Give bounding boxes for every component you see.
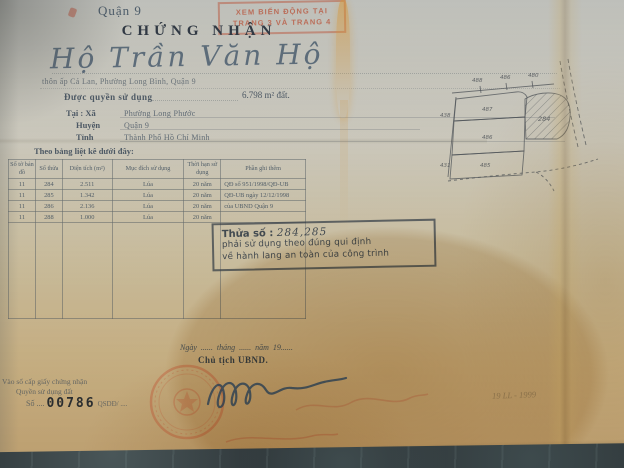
sketch-road-dashed: [568, 59, 586, 145]
table-cell: [62, 223, 112, 319]
fold-mark-top-faint: [340, 100, 348, 235]
table-row: 11 285 1.342 Lúa 20 năm QĐ-UB ngày 12/12…: [9, 190, 306, 201]
table-header-row: Số tờ bản đồ Số thửa Diện tích (m²) Mục …: [9, 160, 306, 179]
sketch-edge-label: 431: [440, 163, 451, 169]
document-page: Quận 9 XEM BIẾN ĐỘNG TẠI TRANG 3 VÀ TRAN…: [0, 0, 624, 468]
table-row: 11 288 1.000 Lúa 20 năm: [9, 212, 306, 223]
table-cell: QĐ-UB ngày 12/12/1998: [221, 190, 306, 201]
registry-number-line: Số .... 00786 QSDĐ/ ....: [26, 396, 127, 411]
sketch-edge-label: 486: [500, 75, 511, 81]
registry-number-suffix: QSDĐ/ ....: [98, 400, 128, 408]
table-cell: 2.136: [62, 201, 112, 212]
table-cell: Lúa: [112, 190, 184, 201]
province-label: Tỉnh: [76, 132, 94, 142]
table-cell: 1.342: [62, 190, 112, 201]
table-cell: 20 năm: [184, 201, 221, 212]
registry-line2: Quyền sử dụng đất: [16, 387, 73, 396]
sketch-parcel-label: 487: [482, 107, 493, 113]
registry-number-label: Số ....: [26, 399, 44, 408]
restriction-stamp-box: Thửa số : 284,285 phải sử dụng theo đúng…: [212, 219, 437, 271]
sketch-parcel-label: 486: [482, 135, 493, 141]
table-row: 11 284 2.511 Lúa 20 năm QĐ số 951/1998/Q…: [9, 179, 306, 190]
table-cell: 288: [35, 212, 62, 223]
table-cell: 11: [9, 179, 36, 190]
registry-line1: Vào sổ cấp giấy chứng nhận: [2, 377, 87, 386]
table-cell: 11: [9, 201, 36, 212]
ruled-line: [120, 129, 420, 130]
cadastral-sketch: 488 486 480 438 431 487 284 486 485: [440, 55, 620, 195]
faint-red-handwriting: [292, 386, 432, 426]
usage-area-value: 6.798 m² đất.: [242, 90, 290, 100]
sketch-parcel-label: 485: [480, 163, 491, 169]
header-map-sheet: Số tờ bản đồ: [9, 160, 36, 179]
date-line: Ngày ...... tháng ...... năm 19......: [180, 343, 293, 352]
photo-frame: Quận 9 XEM BIẾN ĐỘNG TẠI TRANG 3 VÀ TRAN…: [0, 0, 624, 468]
header-purpose: Mục đích sử dụng: [112, 160, 184, 179]
table-cell: 11: [9, 190, 36, 201]
commune-label: Tại : Xã: [66, 108, 96, 118]
table-cell: [9, 223, 36, 319]
table-cell: QĐ số 951/1998/QĐ-UB: [221, 179, 306, 190]
header-notes: Phần ghi thêm: [221, 160, 306, 179]
dotted-leader: [152, 100, 238, 101]
seal-star-icon: [176, 391, 198, 412]
sketch-edge-label: 488: [472, 78, 483, 84]
table-cell: [35, 223, 62, 319]
table-cell: Lúa: [112, 201, 184, 212]
red-ink-mark: [68, 7, 78, 18]
table-cell: 11: [9, 212, 36, 223]
restriction-plot-numbers: 284,285: [277, 226, 328, 239]
table-cell: 20 năm: [184, 212, 221, 223]
table-cell: 20 năm: [184, 190, 221, 201]
faint-red-handwriting: [222, 428, 342, 448]
header-area: Diện tích (m²): [62, 160, 112, 179]
sketch-parcel-label: 284: [538, 115, 550, 123]
holder-address: thôn ấp Cả Lan, Phường Long Bình, Quận 9: [42, 77, 196, 86]
usage-label: Được quyền sử dụng: [64, 92, 153, 102]
table-cell: 285: [35, 190, 62, 201]
table-intro: Theo bảng liệt kê dưới đây:: [34, 146, 134, 156]
table-cell: 284: [35, 179, 62, 190]
region-label: Quận 9: [98, 3, 142, 19]
faint-pencil-note: 19 LL - 1999: [492, 389, 536, 401]
registry-number-stamp: 00786: [46, 396, 95, 411]
sketch-edge-label: 438: [440, 113, 451, 119]
table-row: 11 286 2.136 Lúa 20 năm của UBND Quận 9: [9, 201, 306, 212]
sketch-boundary-dashed: [536, 172, 554, 191]
holder-name-handwritten: Hộ Trần Văn Hộ: [50, 38, 324, 76]
table-cell: của UBND Quận 9: [221, 201, 306, 212]
table-cell: 2.511: [62, 179, 112, 190]
table-cell: [112, 223, 184, 319]
table-cell: 20 năm: [184, 179, 221, 190]
table-cell: 286: [35, 201, 62, 212]
table-cell: Lúa: [112, 179, 184, 190]
district-label: Huyện: [76, 120, 100, 130]
sketch-boundary: [452, 84, 554, 93]
sketch-edge-label: 480: [528, 73, 539, 79]
table-cell: Lúa: [112, 212, 184, 223]
header-duration: Thời hạn sử dụng: [184, 160, 221, 179]
header-plot-no: Số thửa: [35, 160, 62, 179]
table-cell: 1.000: [62, 212, 112, 223]
